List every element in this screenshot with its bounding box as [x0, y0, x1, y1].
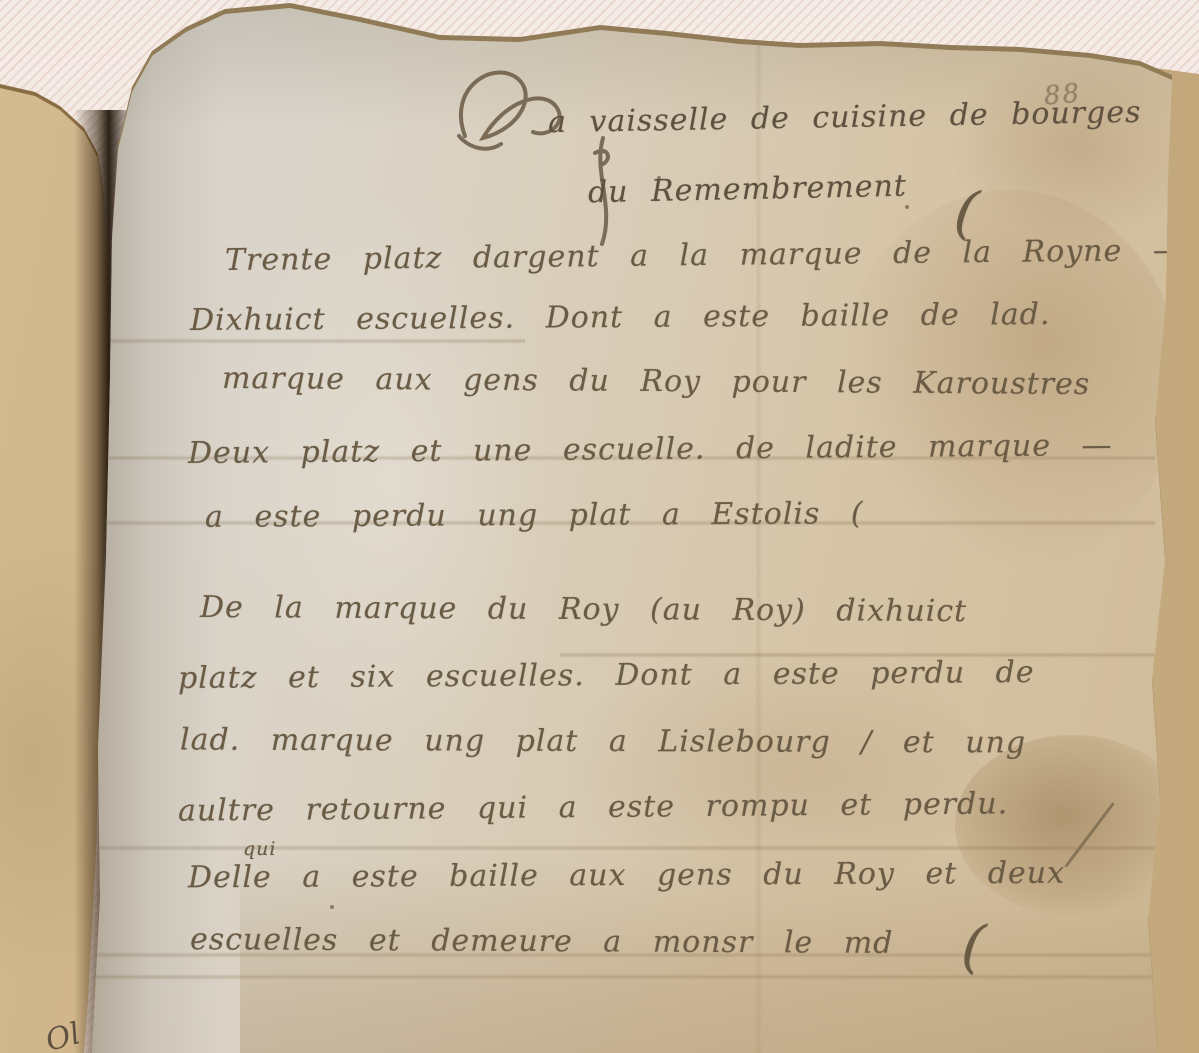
manuscript-line: platz et six escuelles. Dont a este perd…: [178, 655, 1035, 696]
manuscript-line: Delle a este baille aux gens du Roy et d…: [188, 856, 1065, 896]
ink-speck: [330, 905, 334, 909]
manuscript-line: a este perdu ung plat a Estolis (: [205, 496, 864, 534]
manuscript-subheading: du Remembrement: [588, 169, 908, 211]
manuscript-page: 88 a vaisselle de cuisine de bourges du …: [0, 0, 1199, 1053]
manuscript-line: escuelles et demeure a monsr le md: [190, 922, 894, 961]
interlinear-insertion: qui: [243, 838, 276, 860]
manuscript-line: aultre retourne qui a este rompu et perd…: [178, 786, 1008, 828]
manuscript-photo: 88 a vaisselle de cuisine de bourges du …: [0, 0, 1199, 1053]
fold-crease: [95, 338, 525, 344]
manuscript-line: lad. marque ung plat a Lislebourg / et u…: [180, 723, 1026, 761]
ink-speck: [905, 205, 909, 209]
manuscript-line: marque aux gens du Roy pour les Karoustr…: [222, 361, 1090, 402]
manuscript-line: De la marque du Roy (au Roy) dixhuict: [200, 590, 967, 629]
paraph-initial-flourish: [445, 58, 665, 258]
manuscript-line: Dixhuict escuelles. Dont a este baille d…: [190, 297, 1051, 338]
